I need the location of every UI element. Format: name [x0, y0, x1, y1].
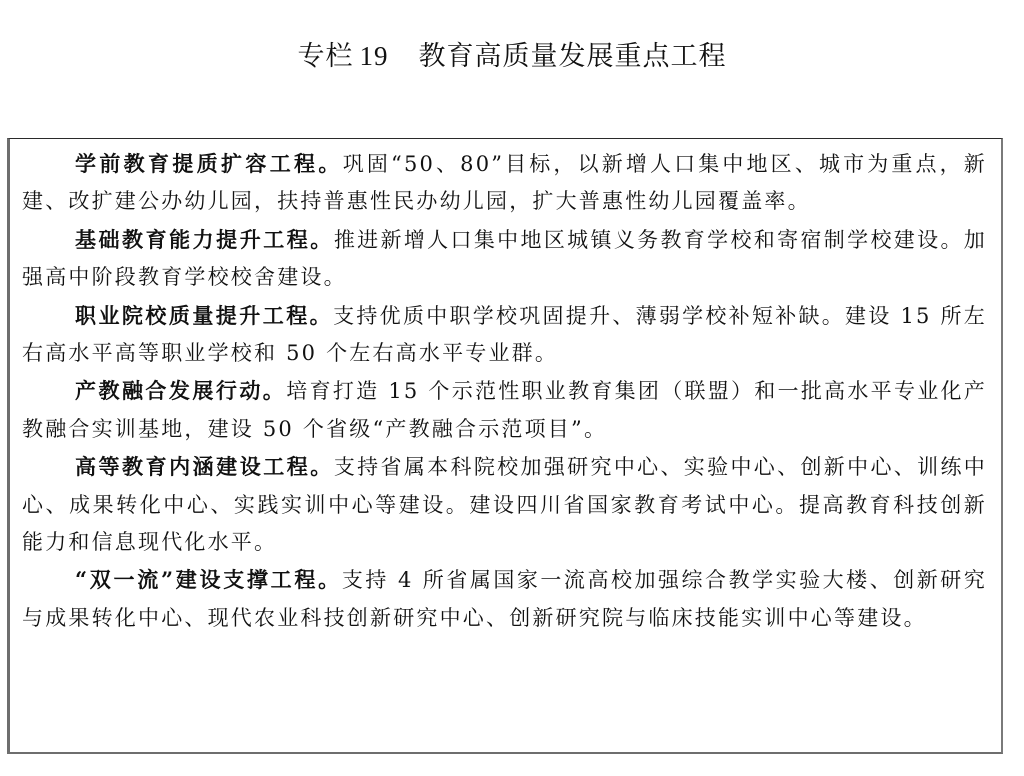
project-heading: 学前教育提质扩容工程。 [75, 151, 343, 176]
project-heading: 高等教育内涵建设工程。 [75, 454, 334, 479]
column-title-number: 19 [360, 41, 389, 71]
column-box: 学前教育提质扩容工程。巩固“50、80”目标，以新增人口集中地区、城市为重点，新… [7, 138, 1003, 754]
project-heading: 职业院校质量提升工程。 [75, 303, 333, 328]
column-title-text: 教育高质量发展重点工程 [419, 41, 727, 72]
project-heading: 基础教育能力提升工程。 [75, 227, 334, 252]
project-item-basic-education: 基础教育能力提升工程。推进新增人口集中地区城镇义务教育学校和寄宿制学校建设。加强… [22, 221, 987, 297]
column-title: 专栏19教育高质量发展重点工程 [0, 34, 1024, 73]
project-heading: “双一流”建设支撑工程。 [75, 567, 342, 592]
column-title-prefix: 专栏 [298, 41, 354, 72]
project-item-higher-education: 高等教育内涵建设工程。支持省属本科院校加强研究中心、实验中心、创新中心、训练中心… [22, 448, 987, 561]
project-heading: 产教融合发展行动。 [75, 378, 286, 403]
project-item-double-first-class: “双一流”建设支撑工程。支持 4 所省属国家一流高校加强综合教学实验大楼、创新研… [22, 561, 987, 637]
project-item-preschool: 学前教育提质扩容工程。巩固“50、80”目标，以新增人口集中地区、城市为重点，新… [22, 145, 987, 221]
project-item-industry-education: 产教融合发展行动。培育打造 15 个示范性职业教育集团（联盟）和一批高水平专业化… [22, 372, 987, 448]
project-item-vocational: 职业院校质量提升工程。支持优质中职学校巩固提升、薄弱学校补短补缺。建设 15 所… [22, 297, 987, 373]
